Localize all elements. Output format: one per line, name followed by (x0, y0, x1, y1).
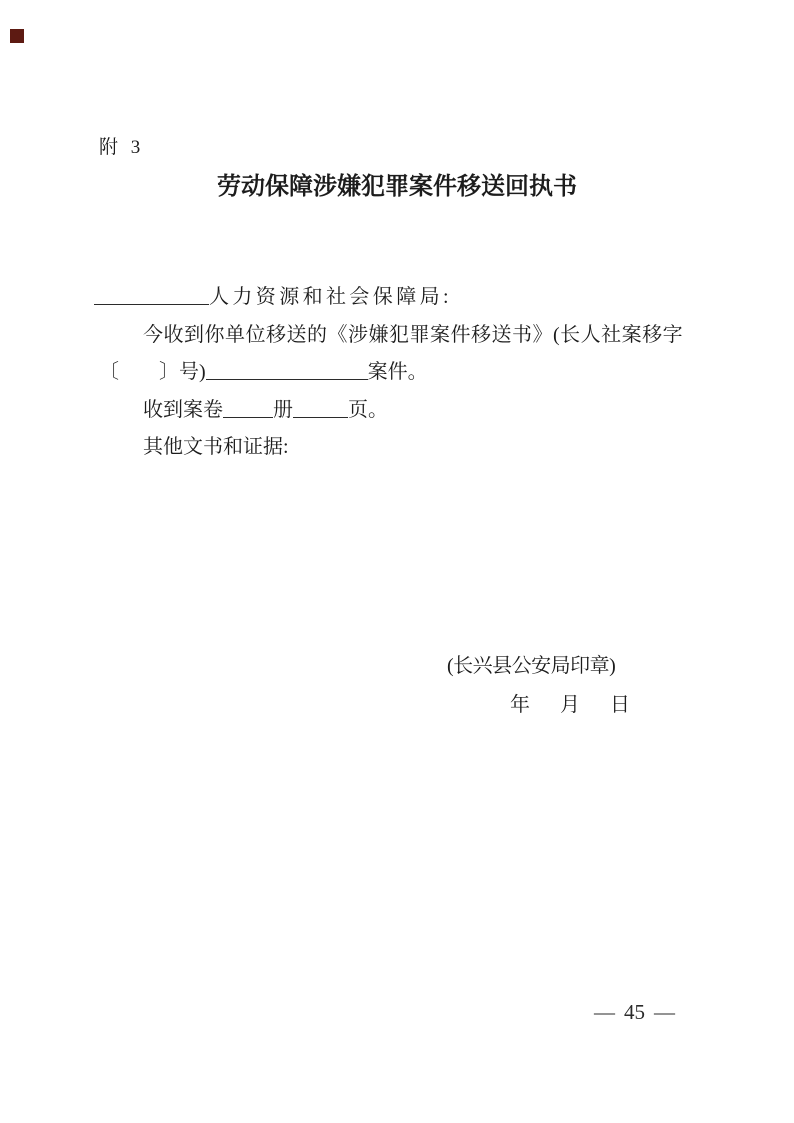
attachment-label: 附 3 (99, 138, 144, 159)
volume-unit-text: 册 (273, 399, 293, 421)
page-number: —45— (594, 1000, 675, 1025)
year-label: 年 (510, 694, 530, 716)
month-label: 月 (560, 694, 580, 716)
bureau-name-blank (94, 284, 209, 305)
document-title: 劳动保障涉嫌犯罪案件移送回执书 (0, 173, 794, 202)
body-line-volumes: 收到案卷册页。 (99, 392, 719, 430)
volume-count-blank (223, 397, 273, 418)
seal-placeholder: (长兴县公安局印章) (447, 654, 615, 678)
close-bracket-number: 〕号) (159, 361, 206, 383)
open-bracket: 〔 (99, 361, 119, 383)
document-body: 人力资源和社会保障局: 今收到你单位移送的《涉嫌犯罪案件移送书》(长人社案移字 … (99, 279, 719, 467)
salutation-text: 人力资源和社会保障局: (209, 286, 452, 308)
page-number-right-dash: — (654, 1000, 675, 1025)
received-files-text: 收到案卷 (143, 399, 223, 421)
salutation-line: 人力资源和社会保障局: (99, 279, 719, 317)
page-count-blank (293, 397, 348, 418)
case-name-blank (206, 359, 368, 380)
body-line-case-number: 〔〕号)案件。 (99, 354, 719, 392)
day-label: 日 (610, 694, 630, 716)
case-suffix-text: 案件。 (368, 361, 428, 383)
page-number-value: 45 (624, 1000, 645, 1025)
date-line: 年月日 (510, 693, 630, 717)
body-line-transfer: 今收到你单位移送的《涉嫌犯罪案件移送书》(长人社案移字 (99, 317, 719, 355)
document-page: 附 3 劳动保障涉嫌犯罪案件移送回执书 人力资源和社会保障局: 今收到你单位移送… (0, 0, 794, 1123)
body-line-other-documents: 其他文书和证据: (99, 429, 719, 467)
page-unit-text: 页。 (348, 399, 388, 421)
page-number-left-dash: — (594, 1000, 615, 1025)
corner-marker (10, 29, 24, 43)
